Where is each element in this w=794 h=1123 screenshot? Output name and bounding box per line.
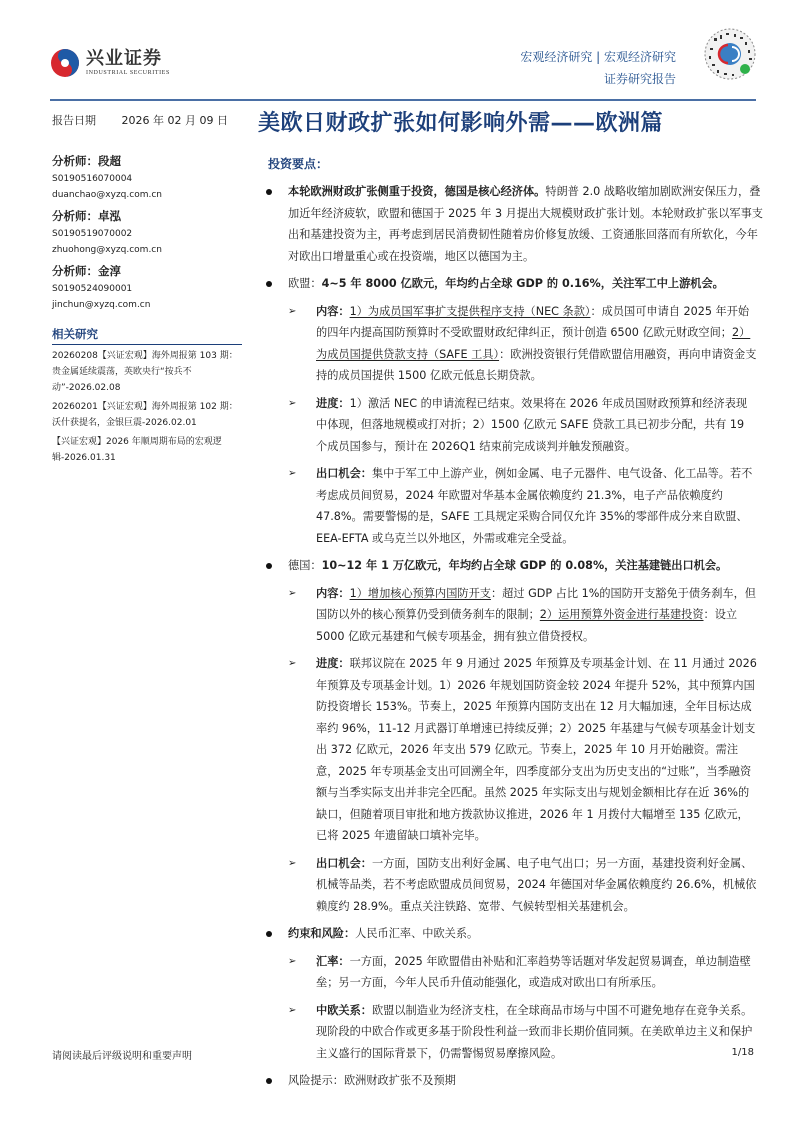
header-divider: [50, 99, 756, 101]
analyst-email[interactable]: zhuohong@xyzq.com.cn: [52, 242, 242, 258]
underlined-text: 1）为成员国军事扩支提供程序支持（NEC 条款）: [350, 305, 591, 318]
arrow-bullet-icon: ➢: [288, 951, 296, 973]
sub-point-label: 出口机会：: [316, 467, 372, 480]
analyst-card: 分析师：金淳 S0190524090001 jinchun@xyzq.com.c…: [52, 262, 242, 313]
related-research-item[interactable]: 20260208【兴证宏观】海外周报第 103 期：贵金属延续震荡，英欧央行“按…: [52, 348, 242, 396]
key-point: 德国：10~12 年 1 万亿欧元，年均约占全球 GDP 的 0.08%，关注基…: [258, 555, 766, 577]
sub-point: ➢ 进度：1）激活 NEC 的申请流程已结束。效果将在 2026 年成员国财政预…: [258, 393, 766, 458]
analyst-id: S0190519070002: [52, 226, 242, 242]
key-point: 本轮欧洲财政扩张侧重于投资，德国是核心经济体。特朗普 2.0 战略收缩加剧欧洲安…: [258, 181, 766, 267]
key-point-lead: 德国：: [288, 559, 322, 572]
key-point: 欧盟：4~5 年 8000 亿欧元，年均约占全球 GDP 的 0.16%，关注军…: [258, 273, 766, 295]
page-title: 美欧日财政扩张如何影响外需——欧洲篇: [258, 106, 663, 137]
logo-en: INDUSTRIAL SECURITIES: [86, 69, 170, 77]
section-title: 投资要点：: [268, 155, 766, 172]
analyst-card: 分析师：段超 S0190516070004 duanchao@xyzq.com.…: [52, 152, 242, 203]
date-value: 2026 年 02 月 09 日: [122, 114, 228, 127]
arrow-bullet-icon: ➢: [288, 853, 296, 875]
analyst-id: S0190524090001: [52, 281, 242, 297]
key-point-lead: 欧盟：: [288, 277, 322, 290]
sub-point-text: 集中于军工中上游产业，例如金属、电子元器件、电气设备、化工品等。若不考虑成员间贸…: [316, 467, 752, 545]
logo-swirl-icon: [50, 48, 80, 78]
company-logo: 兴业证券 INDUSTRIAL SECURITIES: [50, 48, 170, 78]
arrow-bullet-icon: ➢: [288, 463, 296, 485]
sub-point: ➢ 出口机会：一方面，国防支出利好金属、电子电气出口；另一方面，基建投资利好金属…: [258, 853, 766, 918]
sidebar: 分析师：段超 S0190516070004 duanchao@xyzq.com.…: [52, 152, 242, 466]
bullet-dot-icon: [266, 281, 272, 287]
bullet-dot-icon: [266, 189, 272, 195]
analyst-card: 分析师：卓泓 S0190519070002 zhuohong@xyzq.com.…: [52, 207, 242, 258]
sub-point-text: 联邦议院在 2025 年 9 月通过 2025 年预算及专项基金计划、在 11 …: [316, 657, 757, 842]
sub-point: ➢ 出口机会：集中于军工中上游产业，例如金属、电子元器件、电气设备、化工品等。若…: [258, 463, 766, 549]
analyst-name: 分析师：金淳: [52, 262, 242, 281]
analyst-name: 分析师：卓泓: [52, 207, 242, 226]
sub-point-label: 内容：: [316, 305, 350, 318]
related-research-item[interactable]: 【兴证宏观】2026 年顺周期布局的宏观逻辑-2026.01.31: [52, 434, 242, 466]
bullet-dot-icon: [266, 1078, 272, 1084]
risk-warning: 风险提示：欧洲财政扩张不及预期: [288, 1074, 456, 1087]
sub-point-label: 进度：: [316, 657, 350, 670]
sub-point: ➢ 中欧关系：欧盟以制造业为经济支柱，在全球商品市场与中国不可避免地存在竞争关系…: [258, 1000, 766, 1065]
bullet-dot-icon: [266, 931, 272, 937]
sub-point: ➢ 内容：1）为成员国军事扩支提供程序支持（NEC 条款）：成员国可申请自 20…: [258, 301, 766, 387]
report-category: 宏观经济研究 | 宏观经济研究: [520, 46, 676, 68]
analyst-name: 分析师：段超: [52, 152, 242, 171]
sub-point-text: 一方面，2025 年欧盟借由补贴和汇率趋势等话题对华发起贸易调查，单边制造壁垒；…: [316, 955, 751, 990]
analyst-email[interactable]: duanchao@xyzq.com.cn: [52, 187, 242, 203]
related-research-title: 相关研究: [52, 325, 242, 345]
sub-point-text: 欧盟以制造业为经济支柱，在全球商品市场与中国不可避免地存在竞争关系。现阶段的中欧…: [316, 1004, 752, 1060]
key-point-bold: 10~12 年 1 万亿欧元，年均约占全球 GDP 的 0.08%，关注基建链出…: [322, 559, 728, 572]
bullet-dot-icon: [266, 563, 272, 569]
sub-point-text: 一方面，国防支出利好金属、电子电气出口；另一方面，基建投资利好金属、机械等品类，…: [316, 857, 756, 913]
underlined-text: 1）增加核心预算内国防开支: [350, 587, 491, 600]
sub-point: ➢ 汇率：一方面，2025 年欧盟借由补贴和汇率趋势等话题对华发起贸易调查，单边…: [258, 951, 766, 994]
related-research-item[interactable]: 20260201【兴证宏观】海外周报第 102 期：沃什获提名，金银巨震-202…: [52, 399, 242, 431]
key-point-bold: 4~5 年 8000 亿欧元，年均约占全球 GDP 的 0.16%，关注军工中上…: [322, 277, 724, 290]
key-point: 约束和风险：人民币汇率、中欧关系。: [258, 923, 766, 945]
main-content: 投资要点： 本轮欧洲财政扩张侧重于投资，德国是核心经济体。特朗普 2.0 战略收…: [258, 155, 766, 1098]
arrow-bullet-icon: ➢: [288, 393, 296, 415]
sub-point-label: 进度：: [316, 397, 350, 410]
date-label: 报告日期: [52, 114, 96, 127]
sub-point-text: 1）激活 NEC 的申请流程已结束。效果将在 2026 年成员国财政预算和经济表…: [316, 397, 747, 453]
key-point-bold: 本轮欧洲财政扩张侧重于投资，德国是核心经济体。: [288, 185, 545, 198]
qr-code-icon[interactable]: [704, 28, 756, 80]
sub-point-label: 出口机会：: [316, 857, 372, 870]
arrow-bullet-icon: ➢: [288, 653, 296, 675]
underlined-text: 2）运用预算外资金进行基建投资: [540, 608, 704, 621]
key-point: 风险提示：欧洲财政扩张不及预期: [258, 1070, 766, 1092]
page-number: 1/18: [732, 1047, 754, 1058]
arrow-bullet-icon: ➢: [288, 583, 296, 605]
page-header: 兴业证券 INDUSTRIAL SECURITIES 宏观经济研究 | 宏观经济…: [50, 40, 756, 95]
sub-point-label: 中欧关系：: [316, 1004, 372, 1017]
sub-point-label: 汇率：: [316, 955, 350, 968]
arrow-bullet-icon: ➢: [288, 1000, 296, 1022]
footer-disclaimer: 请阅读最后评级说明和重要声明: [52, 1047, 192, 1062]
sub-point-label: 内容：: [316, 587, 350, 600]
logo-cn: 兴业证券: [86, 49, 170, 69]
analyst-id: S0190516070004: [52, 171, 242, 187]
report-date: 报告日期 2026 年 02 月 09 日: [52, 112, 250, 128]
sub-point: ➢ 内容：1）增加核心预算内国防开支：超过 GDP 占比 1%的国防开支豁免于债…: [258, 583, 766, 648]
key-point-text: 人民币汇率、中欧关系。: [355, 927, 478, 940]
report-type: 证券研究报告: [520, 68, 676, 90]
analyst-email[interactable]: jinchun@xyzq.com.cn: [52, 297, 242, 313]
sub-point: ➢ 进度：联邦议院在 2025 年 9 月通过 2025 年预算及专项基金计划、…: [258, 653, 766, 847]
key-point-bold: 约束和风险：: [288, 927, 355, 940]
arrow-bullet-icon: ➢: [288, 301, 296, 323]
